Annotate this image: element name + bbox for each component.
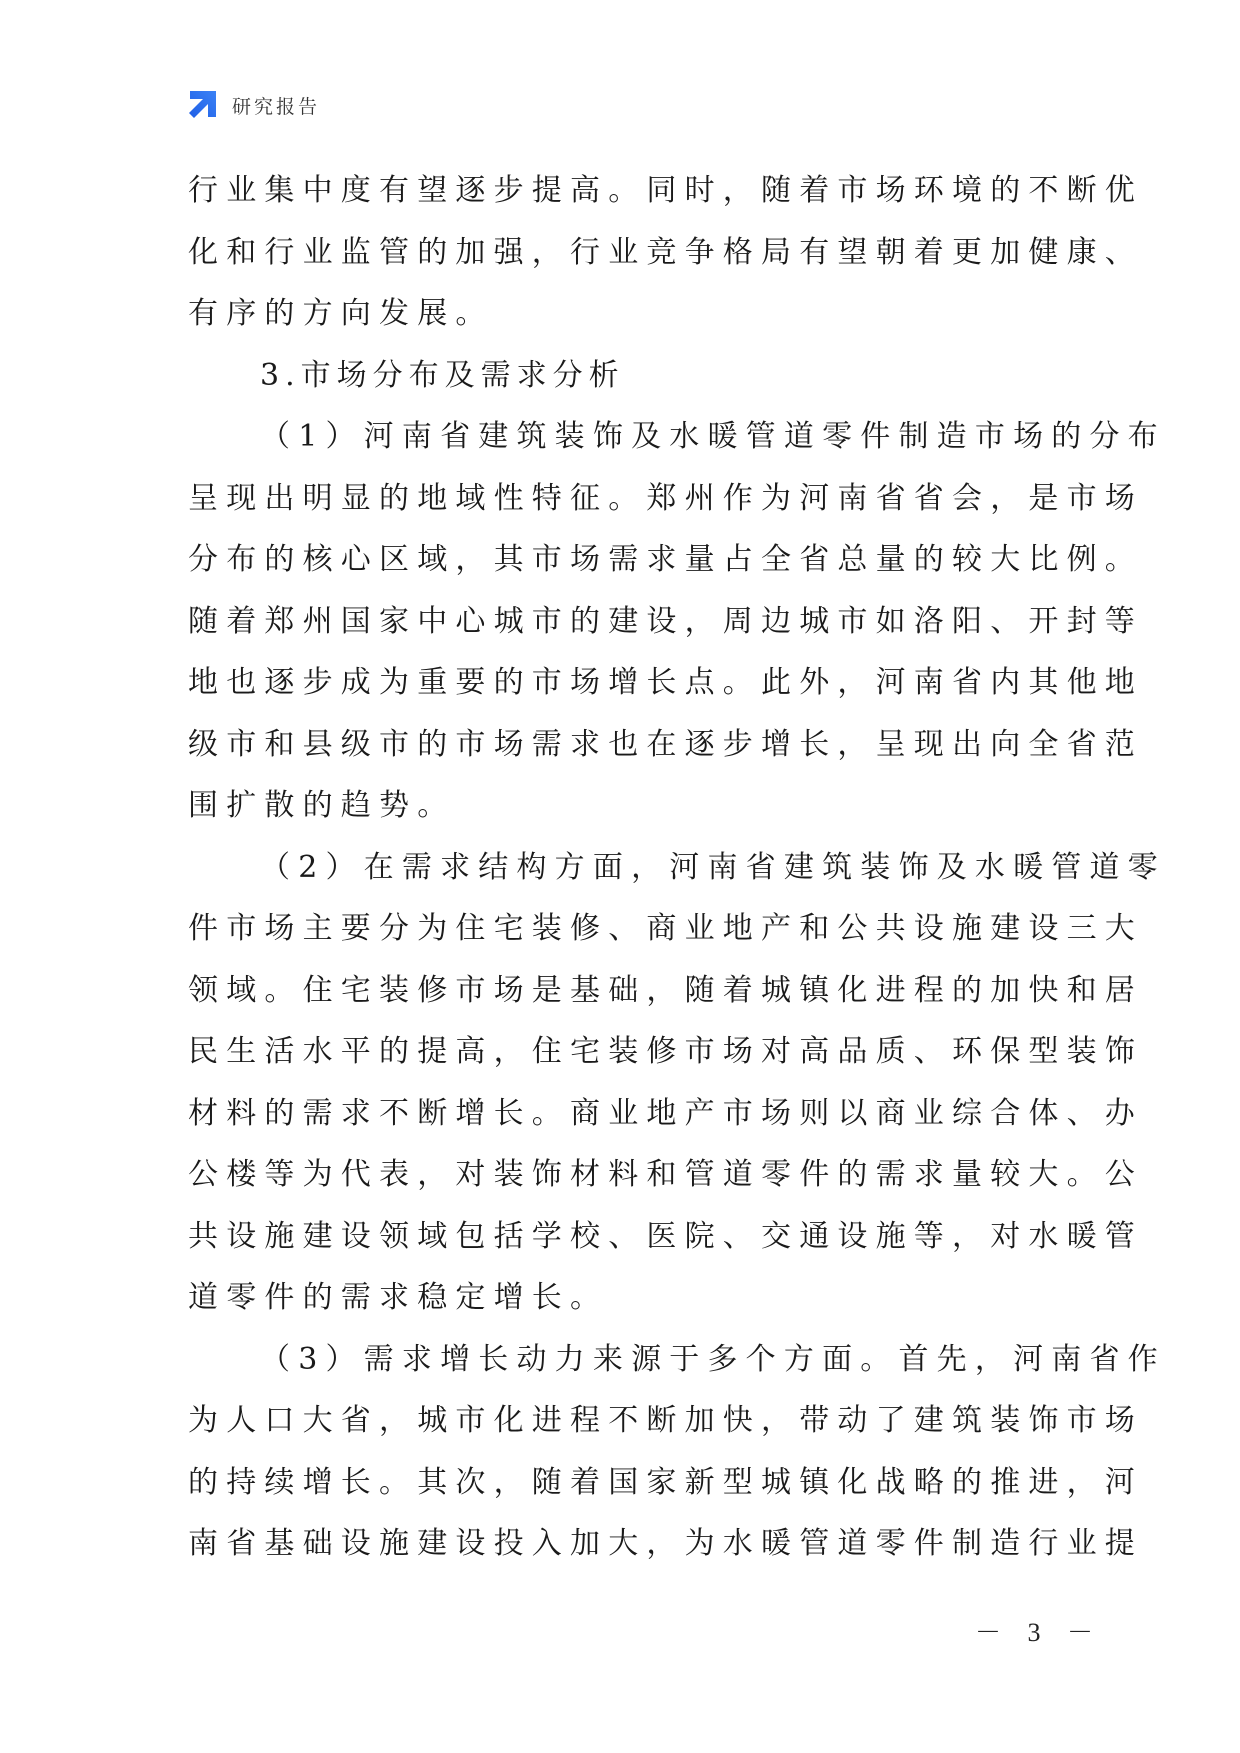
paragraph-line: 随着郑州国家中心城市的建设，周边城市如洛阳、开封等 — [188, 591, 1056, 653]
paragraph-line: 级市和县级市的市场需求也在逐步增长，呈现出向全省范 — [188, 714, 1056, 776]
paragraph-line: 民生活水平的提高，住宅装修市场对高品质、环保型装饰 — [188, 1021, 1056, 1083]
report-header: 研究报告 — [186, 88, 320, 122]
paragraph-line: 呈现出明显的地域性特征。郑州作为河南省省会，是市场 — [188, 468, 1056, 530]
page-number: － 3 － — [975, 1612, 1103, 1649]
paragraph-line: 件市场主要分为住宅装修、商业地产和公共设施建设三大 — [188, 898, 1056, 960]
paragraph-line: （1）河南省建筑装饰及水暖管道零件制造市场的分布 — [188, 406, 1056, 468]
paragraph-line: 分布的核心区域，其市场需求量占全省总量的较大比例。 — [188, 529, 1056, 591]
paragraph-line: 为人口大省，城市化进程不断加快，带动了建筑装饰市场 — [188, 1390, 1056, 1452]
paragraph-line: 公楼等为代表，对装饰材料和管道零件的需求量较大。公 — [188, 1144, 1056, 1206]
paragraph-line: 有序的方向发展。 — [188, 283, 1056, 345]
paragraph-line: 材料的需求不断增长。商业地产市场则以商业综合体、办 — [188, 1083, 1056, 1145]
paragraph-line: 南省基础设施建设投入加大，为水暖管道零件制造行业提 — [188, 1513, 1056, 1575]
paragraph-line: 化和行业监管的加强，行业竞争格局有望朝着更加健康、 — [188, 222, 1056, 284]
paragraph-line: 行业集中度有望逐步提高。同时，随着市场环境的不断优 — [188, 160, 1056, 222]
arrow-up-right-icon — [186, 89, 218, 121]
section-heading: 3.市场分布及需求分析 — [188, 345, 1056, 407]
paragraph-line: 道零件的需求稳定增长。 — [188, 1267, 1056, 1329]
header-title: 研究报告 — [232, 92, 320, 119]
paragraph-line: 共设施建设领域包括学校、医院、交通设施等，对水暖管 — [188, 1206, 1056, 1268]
paragraph-line: 的持续增长。其次，随着国家新型城镇化战略的推进，河 — [188, 1452, 1056, 1514]
document-body: 行业集中度有望逐步提高。同时，随着市场环境的不断优化和行业监管的加强，行业竞争格… — [188, 160, 1056, 1575]
paragraph-line: 领域。住宅装修市场是基础，随着城镇化进程的加快和居 — [188, 960, 1056, 1022]
paragraph-line: 围扩散的趋势。 — [188, 775, 1056, 837]
paragraph-line: （2）在需求结构方面，河南省建筑装饰及水暖管道零 — [188, 837, 1056, 899]
paragraph-line: 地也逐步成为重要的市场增长点。此外，河南省内其他地 — [188, 652, 1056, 714]
paragraph-line: （3）需求增长动力来源于多个方面。首先，河南省作 — [188, 1329, 1056, 1391]
